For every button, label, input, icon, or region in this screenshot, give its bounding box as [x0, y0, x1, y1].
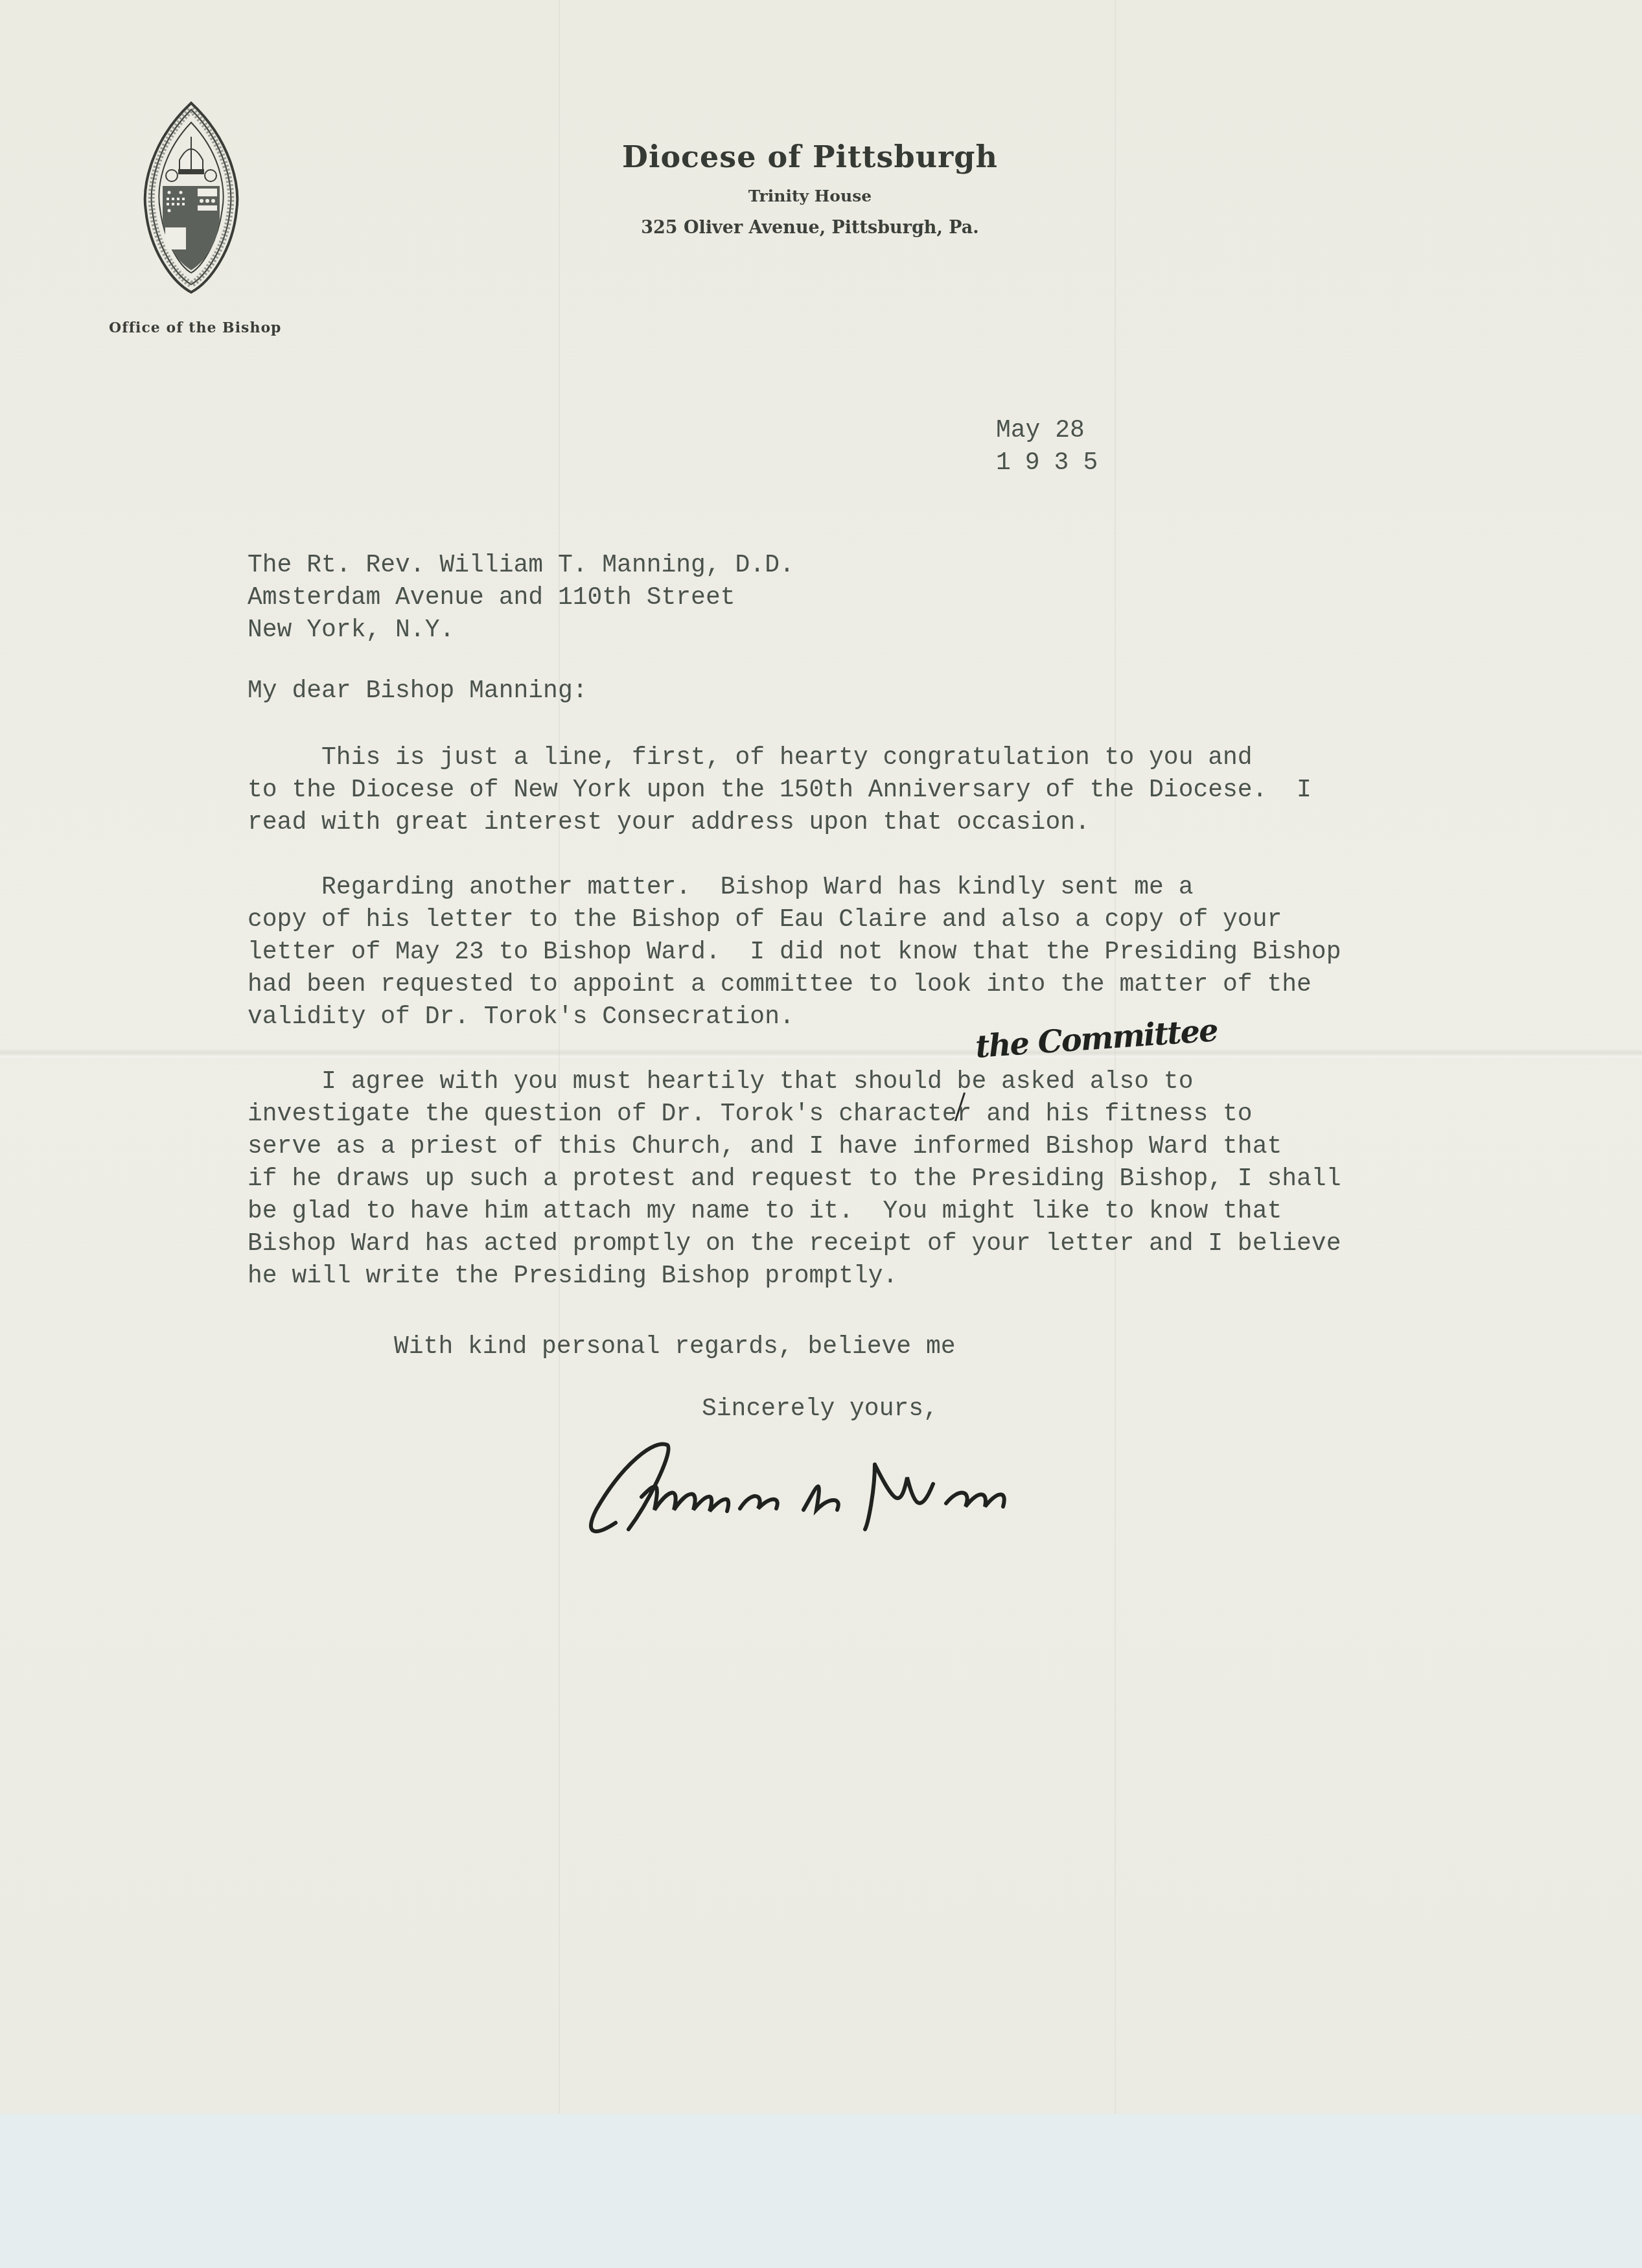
- body-line: Regarding another matter. Bishop Ward ha…: [248, 872, 1341, 904]
- body-line: he will write the Presiding Bishop promp…: [248, 1260, 1341, 1293]
- body-paragraph-3: I agree with you must heartily that shou…: [248, 1066, 1341, 1293]
- office-of-the-bishop-label: Office of the Bishop: [109, 319, 303, 336]
- horizontal-fold-crease: [0, 1048, 1642, 1058]
- vertical-crease: [1115, 0, 1116, 2114]
- body-line: if he draws up such a protest and reques…: [248, 1163, 1341, 1196]
- salutation: My dear Bishop Manning:: [248, 675, 588, 708]
- body-line: to the Diocese of New York upon the 150t…: [248, 774, 1312, 807]
- date-year: 1935: [996, 447, 1112, 480]
- body-line: investigate the question of Dr. Torok's …: [248, 1098, 1341, 1131]
- recipient-line: Amsterdam Avenue and 110th Street: [248, 582, 794, 614]
- diocesan-seal-icon: [139, 100, 243, 295]
- body-line: copy of his letter to the Bishop of Eau …: [248, 904, 1341, 936]
- date-month-day: May 28: [996, 415, 1085, 447]
- closing-line: With kind personal regards, believe me: [394, 1331, 956, 1363]
- letterhead-building: Trinity House: [609, 187, 1011, 205]
- recipient-address-block: The Rt. Rev. William T. Manning, D.D.Ams…: [248, 550, 794, 647]
- body-line: letter of May 23 to Bishop Ward. I did n…: [248, 936, 1341, 969]
- body-line: This is just a line, first, of hearty co…: [248, 742, 1312, 774]
- recipient-line: New York, N.Y.: [248, 614, 794, 647]
- signoff: Sincerely yours,: [702, 1393, 938, 1426]
- body-line: serve as a priest of this Church, and I …: [248, 1131, 1341, 1163]
- handwritten-signature: Alexander Mann: [570, 1426, 1309, 1549]
- recipient-line: The Rt. Rev. William T. Manning, D.D.: [248, 550, 794, 582]
- body-line: Bishop Ward has acted promptly on the re…: [248, 1228, 1341, 1260]
- vertical-crease: [559, 0, 560, 2114]
- body-paragraph-1: This is just a line, first, of hearty co…: [248, 742, 1312, 839]
- scanner-background: [0, 2114, 1642, 2268]
- letter-page: Office of the Bishop Diocese of Pittsbur…: [0, 0, 1642, 2114]
- body-line: read with great interest your address up…: [248, 807, 1312, 839]
- body-paragraph-2: Regarding another matter. Bishop Ward ha…: [248, 872, 1341, 1034]
- letterhead-address: 325 Oliver Avenue, Pittsburgh, Pa.: [609, 218, 1011, 238]
- body-line: I agree with you must heartily that shou…: [248, 1066, 1341, 1098]
- body-line: be glad to have him attach my name to it…: [248, 1196, 1341, 1228]
- letterhead-title: Diocese of Pittsburgh: [609, 139, 1011, 174]
- body-line: had been requested to appoint a committe…: [248, 969, 1341, 1001]
